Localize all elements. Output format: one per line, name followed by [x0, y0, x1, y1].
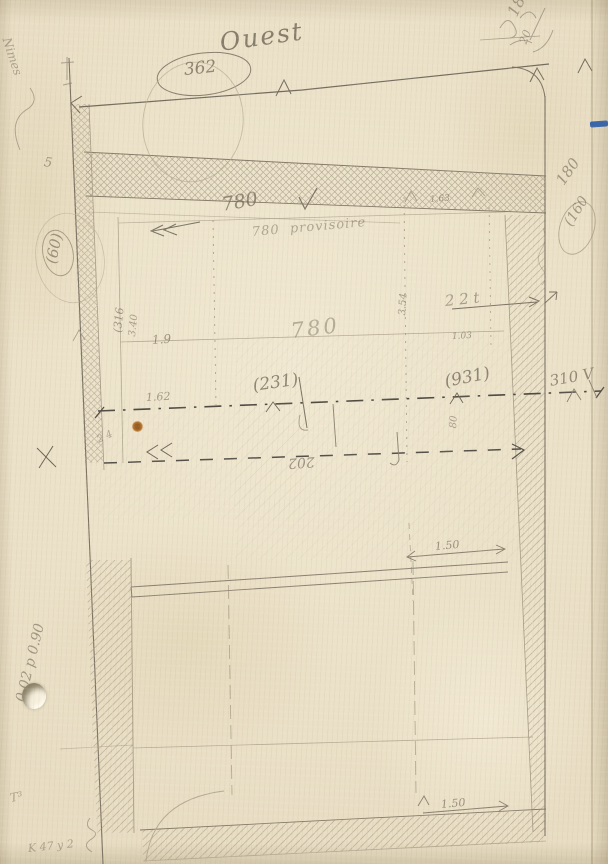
blue-ink-mark — [590, 120, 608, 127]
ledge-lines — [131, 562, 508, 597]
pencil-drawing — [0, 0, 608, 864]
punched-hole — [22, 683, 46, 709]
paper-sheet: Ouest 362 1893 20 180 (160 5 (60) 780 78… — [0, 0, 608, 864]
rust-stain — [132, 421, 143, 432]
interior-texture — [95, 335, 545, 560]
